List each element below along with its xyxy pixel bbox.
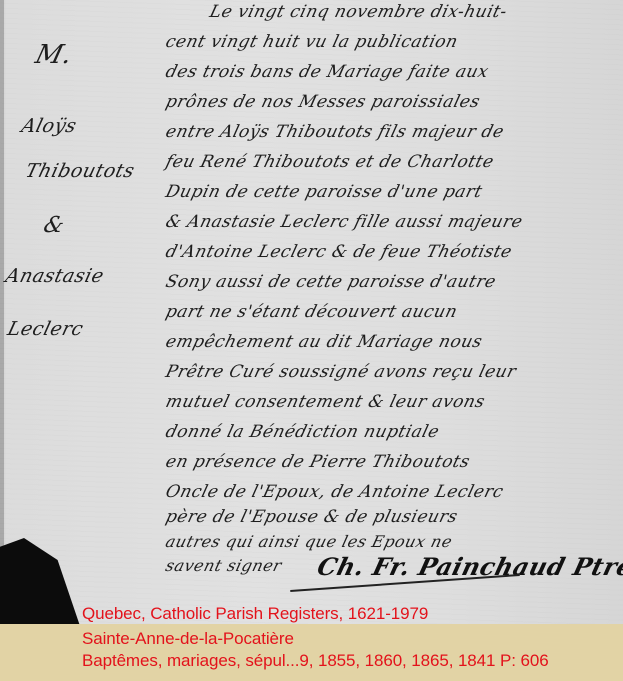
margin-note-m: M.: [32, 40, 75, 70]
record-line-7: Dupin de cette paroisse d'une part: [164, 182, 485, 202]
record-line-20: savent signer: [164, 556, 284, 575]
record-line-16: en présence de Pierre Thiboutots: [164, 452, 473, 472]
record-line-4: prônes de nos Messes paroissiales: [164, 92, 483, 112]
record-line-8: & Anastasie Leclerc fille aussi majeure: [164, 212, 525, 232]
record-line-10: Sony aussi de cette paroisse d'autre: [164, 272, 499, 292]
record-line-2: cent vingt huit vu la publication: [164, 32, 461, 52]
record-line-17: Oncle de l'Epoux, de Antoine Leclerc: [164, 482, 506, 502]
record-line-14: mutuel consentement & leur avons: [164, 392, 488, 412]
record-line-9: d'Antoine Leclerc & de feue Théotiste: [164, 242, 515, 262]
margin-note-bride-given-name: Anastasie: [3, 265, 106, 287]
margin-note-groom-surname: Thiboutots: [23, 160, 137, 182]
record-line-11: part ne s'étant découvert aucun: [164, 302, 460, 322]
margin-note-groom-given-name: Aloÿs: [19, 115, 79, 137]
record-line-19: autres qui ainsi que les Epoux ne: [164, 532, 455, 551]
record-line-18: père de l'Epouse & de plusieurs: [164, 507, 460, 527]
record-line-6: feu René Thiboutots et de Charlotte: [164, 152, 497, 172]
caption-parish: Sainte-Anne-de-la-Pocatière: [82, 629, 294, 649]
record-line-3: des trois bans de Mariage faite aux: [164, 62, 491, 82]
caption-collection: Quebec, Catholic Parish Registers, 1621-…: [82, 604, 428, 624]
margin-note-bride-surname: Leclerc: [5, 318, 86, 340]
register-scan-image: M. Aloÿs Thiboutots & Anastasie Leclerc …: [0, 0, 623, 624]
record-line-12: empêchement au dit Mariage nous: [164, 332, 485, 352]
caption-volume-page: Baptêmes, mariages, sépul...9, 1855, 186…: [82, 651, 549, 671]
record-line-15: donné la Bénédiction nuptiale: [164, 422, 442, 442]
record-line-13: Prêtre Curé soussigné avons reçu leur: [164, 362, 519, 382]
record-line-1: Le vingt cinq novembre dix-huit-: [208, 2, 510, 22]
record-line-5: entre Aloÿs Thiboutots fils majeur de: [164, 122, 507, 142]
